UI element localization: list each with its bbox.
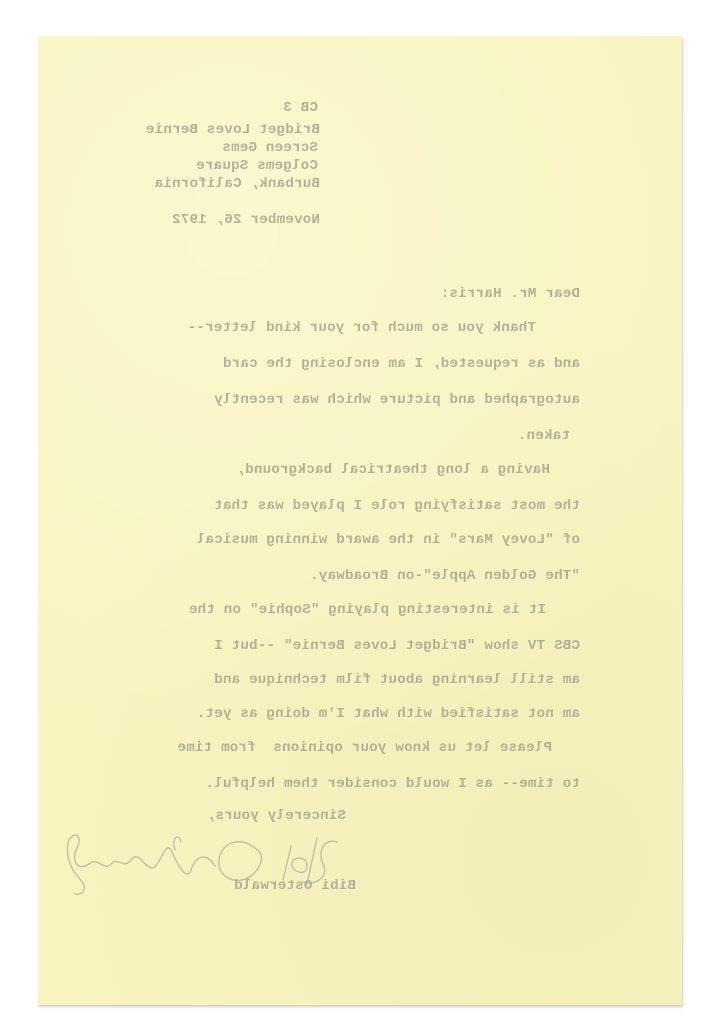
- header-address-line: Screen Gems: [218, 140, 318, 156]
- header-address-line: Burbank, California: [120, 176, 320, 192]
- body-line: "The Golden Apple"-on Broadway.: [250, 568, 580, 584]
- body-line: Having a long theatrical background,: [160, 462, 550, 478]
- salutation: Dear Mr. Harris:: [440, 286, 580, 302]
- header-date: November 26, 1972: [120, 212, 320, 228]
- body-line: Please let us know your opinions from ti…: [72, 740, 552, 756]
- body-line: autographed and picture which was recent…: [132, 392, 580, 408]
- body-line: am not satisfied with what I'm doing as …: [96, 706, 580, 722]
- body-line: of "Lovey Mars" in the award winning mus…: [108, 532, 580, 548]
- body-line: and as requested, I am enclosing the car…: [140, 356, 580, 372]
- header-address-line: Colgems Square: [178, 158, 318, 174]
- header-ref: CB 3: [238, 100, 318, 116]
- body-line: to time-- as I would consider them helpf…: [108, 776, 580, 792]
- body-line: CBS TV show "Bridget Loves Bernie" --but…: [96, 638, 580, 654]
- body-line: It is interesting playing "Sophie" on th…: [96, 602, 546, 618]
- header-address-line: Bridget Loves Bernie: [120, 122, 320, 138]
- body-line: the most satisfying role I played was th…: [132, 498, 580, 514]
- body-line: Thank you so much for your kind letter--: [96, 320, 536, 336]
- body-line: taken.: [510, 428, 570, 444]
- body-line: am still learning about film technique a…: [108, 672, 580, 688]
- signature-name: Bibi Osterwald: [216, 878, 356, 894]
